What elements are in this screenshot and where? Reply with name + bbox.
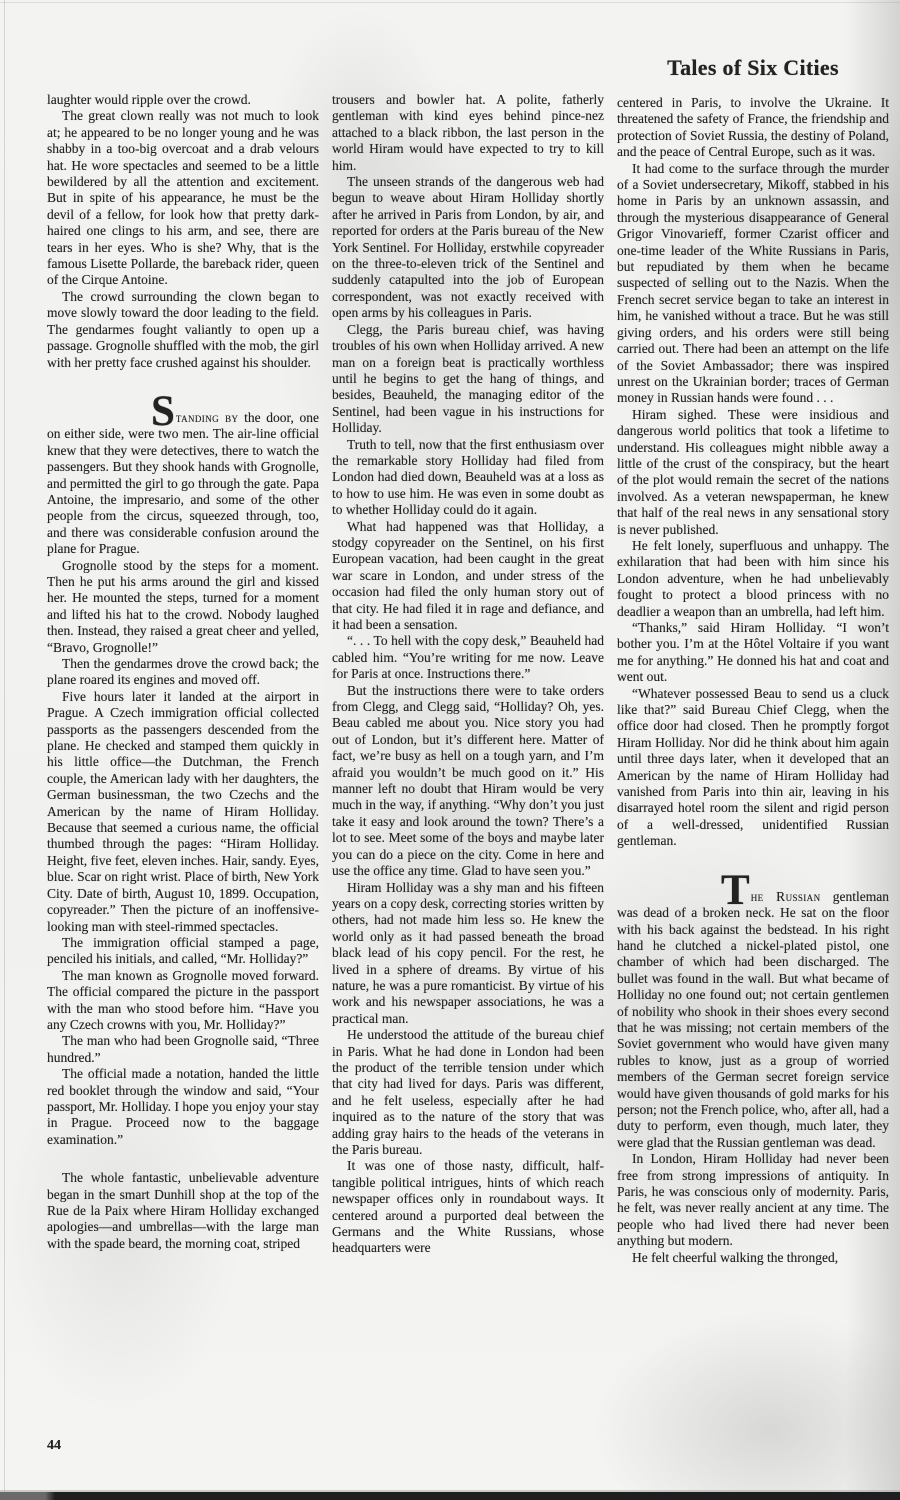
paragraph: Clegg, the Paris bureau chief, was havin… — [332, 322, 604, 437]
paragraph: Five hours later it landed at the airpor… — [47, 689, 319, 935]
paragraph: Hiram sighed. These were insidious and d… — [617, 407, 889, 538]
paragraph: The Russian gentleman was dead of a brok… — [617, 886, 889, 1152]
paragraph: Then the gendarmes drove the crowd back;… — [47, 656, 319, 689]
column-3-body: centered in Paris, to involve the Ukrain… — [617, 95, 889, 1266]
paragraph: “. . . To hell with the copy desk,” Beau… — [332, 633, 604, 682]
paragraph: trousers and bowler hat. A polite, fathe… — [332, 92, 604, 174]
paragraph: Standing by the door, one on either side… — [47, 407, 319, 558]
paragraph: It had come to the surface through the m… — [617, 161, 889, 407]
text-column-3: Tales of Six Cities centered in Paris, t… — [617, 56, 889, 1266]
paragraph: The unseen strands of the dangerous web … — [332, 174, 604, 322]
small-caps-lead: tanding by — [176, 410, 238, 425]
paragraph: “Thanks,” said Hiram Holliday. “I won’t … — [617, 620, 889, 686]
drop-cap: T — [669, 886, 751, 896]
paragraph: Truth to tell, now that the first enthus… — [332, 437, 604, 519]
paragraph: In London, Hiram Holliday had never been… — [617, 1151, 889, 1249]
paragraph: The immigration official stamped a page,… — [47, 935, 319, 968]
paragraph: The man known as Grognolle moved forward… — [47, 968, 319, 1034]
scan-edge-left — [4, 0, 5, 1500]
paragraph: The official made a notation, handed the… — [47, 1066, 319, 1148]
paragraph: But the instructions there were to take … — [332, 683, 604, 880]
scan-edge-top — [0, 2, 900, 3]
drop-cap: S — [99, 407, 176, 417]
paragraph: The crowd surrounding the clown began to… — [47, 289, 319, 371]
paragraph: The man who had been Grognolle said, “Th… — [47, 1033, 319, 1066]
text-column-1: laughter would ripple over the crowd.The… — [47, 92, 319, 1252]
paragraph: He felt cheerful walking the thronged, — [617, 1250, 889, 1266]
paragraph: “Whatever possessed Beau to send us a cl… — [617, 686, 889, 850]
page-title: Tales of Six Cities — [617, 56, 889, 80]
paragraph: The great clown really was not much to l… — [47, 108, 319, 288]
paragraph: The whole fantastic, unbelievable advent… — [47, 1170, 319, 1252]
paragraph: Hiram Holliday was a shy man and his fif… — [332, 880, 604, 1028]
paragraph: He understood the attitude of the bureau… — [332, 1027, 604, 1158]
paragraph: What had happened was that Holliday, a s… — [332, 519, 604, 634]
small-caps-lead: he Russian — [751, 889, 821, 904]
paragraph: centered in Paris, to involve the Ukrain… — [617, 95, 889, 161]
text-column-2: trousers and bowler hat. A polite, fathe… — [332, 92, 604, 1257]
magazine-page: laughter would ripple over the crowd.The… — [0, 0, 900, 1500]
paragraph: Grognolle stood by the steps for a momen… — [47, 558, 319, 656]
page-number: 44 — [47, 1438, 61, 1454]
paragraph: It was one of those nasty, difficult, ha… — [332, 1158, 604, 1256]
paragraph: He felt lonely, superfluous and unhappy.… — [617, 538, 889, 620]
paragraph: laughter would ripple over the crowd. — [47, 92, 319, 108]
scan-edge-bottom — [0, 1492, 900, 1500]
